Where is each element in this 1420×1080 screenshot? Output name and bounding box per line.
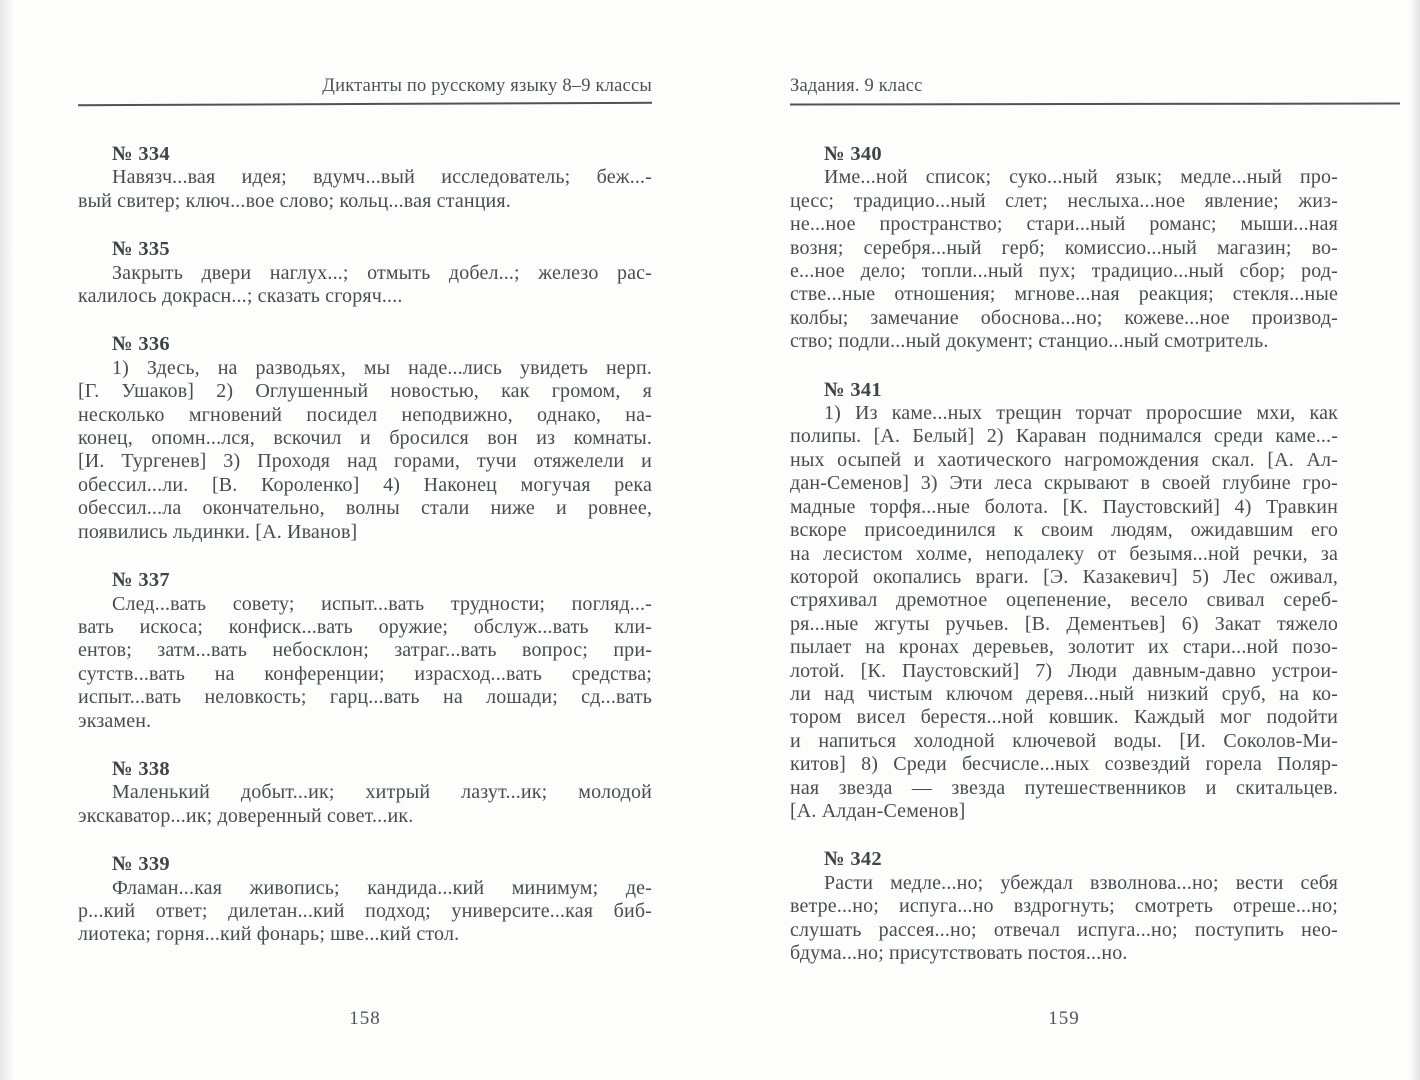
exercise-number: № 335 — [78, 238, 652, 261]
text-line: лиотека; горня...кий фонарь; шве...кий с… — [78, 923, 652, 946]
text-line: Фламан...кая живопись; кандида...кий мин… — [78, 877, 652, 900]
text-line: тором висел берестя...ной ковшик. Каждый… — [790, 706, 1338, 729]
page-right: Задания. 9 класс № 340 Име...ной список;… — [790, 0, 1338, 1080]
exercise-number: № 342 — [790, 848, 1338, 871]
exercise-list-left: № 334 Навязч...вая идея; вдумч...вый исс… — [78, 143, 652, 947]
text-line: калилось докрасн...; сказать сгоряч.... — [78, 285, 652, 308]
text-line: Име...ной список; суко...ный язык; медле… — [790, 166, 1338, 189]
text-line: ли над чистым ключом деревя...ный низкий… — [790, 683, 1338, 706]
exercise: № 339 Фламан...кая живопись; кандида...к… — [78, 853, 652, 947]
text-line: бдума...но; присутствовать постоя...но. — [790, 942, 1338, 965]
exercise: № 337 След...вать совету; испыт...вать т… — [78, 569, 652, 733]
exercise-number: № 334 — [78, 143, 652, 166]
text-line: е...ное дело; топли...ный пух; традицио.… — [790, 260, 1338, 283]
exercise-body: Закрыть двери наглух...; отмыть добел...… — [78, 262, 652, 309]
exercise: № 341 1) Из каме...ных трещин торчат про… — [790, 379, 1338, 824]
exercise: № 340 Име...ной список; суко...ный язык;… — [790, 143, 1338, 354]
exercise-number: № 336 — [78, 333, 652, 356]
page-number-right: 159 — [790, 1008, 1338, 1030]
text-line: вать искоса; конфиск...вать оружие; обсл… — [78, 616, 652, 639]
page-left: Диктанты по русскому языку 8–9 классы № … — [78, 0, 652, 1080]
text-line: ентов; затм...вать небосклон; затраг...в… — [78, 639, 652, 662]
text-line: Закрыть двери наглух...; отмыть добел...… — [78, 262, 652, 285]
text-line: Навязч...вая идея; вдумч...вый исследова… — [78, 166, 652, 189]
exercise-body: Маленький добыт...ик; хитрый лазут...ик;… — [78, 781, 652, 828]
exercise-body: След...вать совету; испыт...вать труднос… — [78, 593, 652, 733]
text-line: пылает на кронах деревьев, золотит их ст… — [790, 636, 1338, 659]
exercise-number: № 338 — [78, 758, 652, 781]
text-line: стряхивал дремотное оцепенение, весело с… — [790, 589, 1338, 612]
text-line: колбы; замечание обоснова...но; кожеве..… — [790, 307, 1338, 330]
text-line: [А. Алдан-Семенов] — [790, 800, 1338, 823]
text-line: которой окопались враги. [Э. Казакевич] … — [790, 566, 1338, 589]
exercise-number: № 339 — [78, 853, 652, 876]
text-line: несколько мгновений посидел неподвижно, … — [78, 404, 652, 427]
text-line: мадные торфя...ные болота. [К. Паустовск… — [790, 496, 1338, 519]
text-line: и напиться холодной ключевой воды. [И. С… — [790, 730, 1338, 753]
text-line: вскоре присоединился к своим людям, ожид… — [790, 519, 1338, 542]
exercise-number: № 337 — [78, 569, 652, 592]
exercise-body: 1) Здесь, на разводьях, мы наде...лись у… — [78, 357, 652, 544]
header-rule-left — [78, 102, 652, 107]
text-line: обессил...ла окончательно, волны стали н… — [78, 497, 652, 520]
text-line: ветре...но; испуга...но вздрогнуть; смот… — [790, 895, 1338, 918]
exercise-body: Име...ной список; суко...ный язык; медле… — [790, 166, 1338, 353]
text-line: [Г. Ушаков] 2) Оглушенный новостью, как … — [78, 380, 652, 403]
text-line: ство; подли...ный документ; станцио...ны… — [790, 330, 1338, 353]
text-line: слушать рассея...но; отвечал испуга...но… — [790, 919, 1338, 942]
text-line: не...ное пространство; стари...ный роман… — [790, 213, 1338, 236]
text-line: дан-Семенов] 3) Эти леса скрывают в свое… — [790, 472, 1338, 495]
text-line: ных осыпей и хаотического нагромождения … — [790, 449, 1338, 472]
text-line: испыт...вать неловкость; гарц...вать на … — [78, 686, 652, 709]
text-line: р...кий ответ; дилетан...кий подход; уни… — [78, 900, 652, 923]
text-line: 1) Здесь, на разводьях, мы наде...лись у… — [78, 357, 652, 380]
text-line: на лесистом холме, неподалеку от безымя.… — [790, 543, 1338, 566]
text-line: Маленький добыт...ик; хитрый лазут...ик;… — [78, 781, 652, 804]
exercise-body: Расти медле...но; убеждал взволнова...но… — [790, 872, 1338, 966]
running-header-left: Диктанты по русскому языку 8–9 классы — [78, 76, 652, 96]
text-line: конец, опомн...лся, вскочил и бросился в… — [78, 427, 652, 450]
page-number-left: 158 — [78, 1008, 652, 1030]
header-rule-right — [790, 102, 1400, 105]
exercise-list-right: № 340 Име...ной список; суко...ный язык;… — [790, 143, 1338, 965]
text-line: появились льдинки. [А. Иванов] — [78, 521, 652, 544]
book-spread: Диктанты по русскому языку 8–9 классы № … — [0, 0, 1420, 1080]
exercise: № 334 Навязч...вая идея; вдумч...вый исс… — [78, 143, 652, 213]
text-line: экскаватор...ик; доверенный совет...ик. — [78, 805, 652, 828]
text-line: возня; серебря...ный герб; комиссио...ны… — [790, 237, 1338, 260]
exercise-body: Фламан...кая живопись; кандида...кий мин… — [78, 877, 652, 947]
exercise-number: № 340 — [790, 143, 1338, 166]
text-line: вый свитер; ключ...вое слово; кольц...ва… — [78, 190, 652, 213]
text-line: ря...ные жгуты ручьев. [В. Дементьев] 6)… — [790, 613, 1338, 636]
text-line: полипы. [А. Белый] 2) Караван поднимался… — [790, 425, 1338, 448]
text-line: сутств...вать на конференции; израсход..… — [78, 663, 652, 686]
text-line: цесс; традицио...ный слет; неслыха...ное… — [790, 190, 1338, 213]
text-line: обессил...ли. [В. Короленко] 4) Наконец … — [78, 474, 652, 497]
exercise-body: 1) Из каме...ных трещин торчат проросшие… — [790, 402, 1338, 823]
exercise: № 335 Закрыть двери наглух...; отмыть до… — [78, 238, 652, 308]
running-header-right: Задания. 9 класс — [790, 76, 1338, 96]
text-line: лотой. [К. Паустовский] 7) Люди давным-д… — [790, 660, 1338, 683]
text-line: Расти медле...но; убеждал взволнова...но… — [790, 872, 1338, 895]
text-line: экзамен. — [78, 710, 652, 733]
text-line: [И. Тургенев] 3) Проходя над горами, туч… — [78, 450, 652, 473]
exercise-body: Навязч...вая идея; вдумч...вый исследова… — [78, 166, 652, 213]
text-line: 1) Из каме...ных трещин торчат проросшие… — [790, 402, 1338, 425]
exercise: № 336 1) Здесь, на разводьях, мы наде...… — [78, 333, 652, 544]
text-line: След...вать совету; испыт...вать труднос… — [78, 593, 652, 616]
text-line: ная звезда — звезда путешественников и с… — [790, 777, 1338, 800]
exercise: № 342 Расти медле...но; убеждал взволнов… — [790, 848, 1338, 965]
exercise-number: № 341 — [790, 379, 1338, 402]
text-line: стве...ные отношения; мгнове...ная реакц… — [790, 283, 1338, 306]
exercise: № 338 Маленький добыт...ик; хитрый лазут… — [78, 758, 652, 828]
text-line: китов] 8) Среди бесчисле...ных созвездий… — [790, 753, 1338, 776]
